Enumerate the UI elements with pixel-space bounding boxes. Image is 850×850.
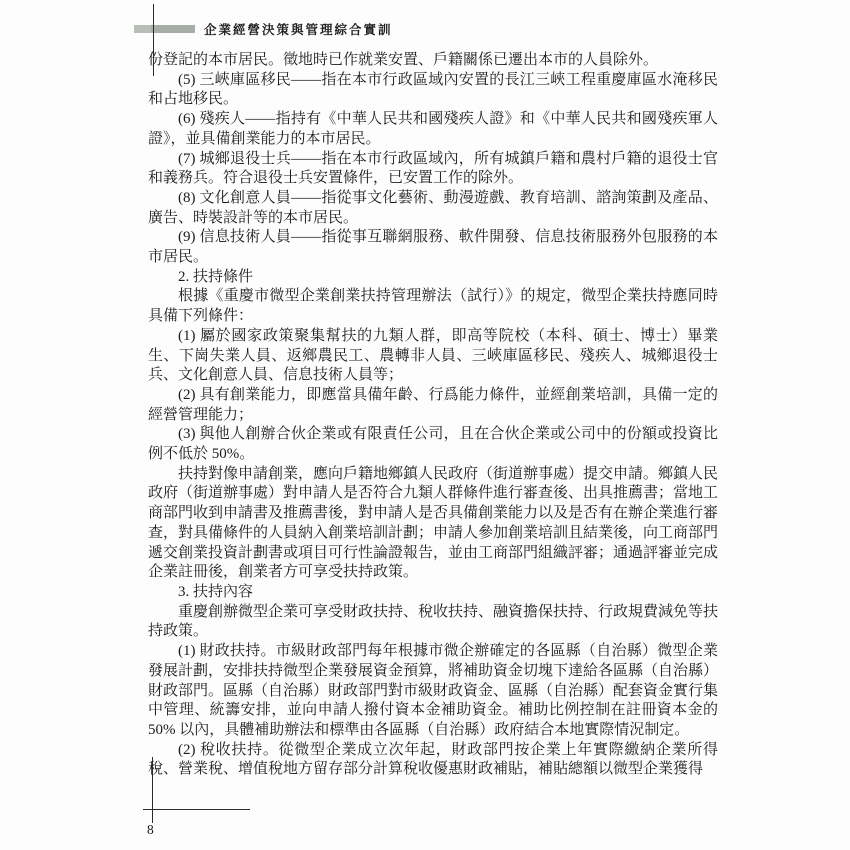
crop-mark-vertical-bottom bbox=[152, 757, 153, 823]
paragraph: (9) 信息技術人員——指從事互聯網服務、軟件開發、信息技術服務外包服務的本市居… bbox=[148, 228, 718, 267]
paragraph: 扶持對像申請創業，應向戶籍地鄉鎮人民政府（街道辦事處）提交申請。鄉鎮人民政府（街… bbox=[148, 465, 718, 583]
page-number: 8 bbox=[147, 822, 154, 838]
paragraph: (2) 稅收扶持。從微型企業成立次年起，財政部門按企業上年實際繳納企業所得稅、營… bbox=[148, 741, 718, 780]
paragraph: 份登記的本市居民。徵地時已作就業安置、戶籍關係已遷出本市的人員除外。 bbox=[148, 51, 718, 71]
paragraph: (8) 文化創意人員——指從事文化藝術、動漫遊戲、教育培訓、諮詢策劃及產品、廣告… bbox=[148, 189, 718, 228]
header-rule-bar-cap bbox=[134, 25, 151, 33]
paragraph: 2. 扶持條件 bbox=[148, 268, 718, 288]
paragraph: (7) 城鄉退役士兵——指在本市行政區域內，所有城鎮戶籍和農村戶籍的退役士官和義… bbox=[148, 150, 718, 189]
book-page: 企業經營決策與管理綜合實訓 份登記的本市居民。徵地時已作就業安置、戶籍關係已遷出… bbox=[0, 0, 850, 850]
paragraph: (6) 殘疾人——指持有《中華人民共和國殘疾人證》和《中華人民共和國殘疾軍人證》… bbox=[148, 110, 718, 149]
paragraph: 根據《重慶市微型企業創業扶持管理辦法（試行）》的規定，微型企業扶持應同時具備下列… bbox=[148, 287, 718, 326]
paragraph: (1) 屬於國家政策聚集幫扶的九類人群，即高等院校（本科、碩士、博士）畢業生、下… bbox=[148, 327, 718, 386]
page-body: 份登記的本市居民。徵地時已作就業安置、戶籍關係已遷出本市的人員除外。(5) 三峽… bbox=[148, 51, 718, 780]
paragraph: 重慶創辦微型企業可享受財政扶持、稅收扶持、融資擔保扶持、行政規費減免等扶持政策。 bbox=[148, 603, 718, 642]
paragraph: (2) 具有創業能力，即應當具備年齡、行爲能力條件，並經創業培訓，具備一定的經營… bbox=[148, 386, 718, 425]
paragraph: 3. 扶持內容 bbox=[148, 583, 718, 603]
paragraph: (1) 財政扶持。市級財政部門每年根據市微企辦確定的各區縣（自治縣）微型企業發展… bbox=[148, 642, 718, 741]
paragraph: (5) 三峽庫區移民——指在本市行政區域內安置的長江三峽工程重慶庫區水淹移民和占… bbox=[148, 71, 718, 110]
paragraph: (3) 與他人創辦合伙企業或有限責任公司，且在合伙企業或公司中的份額或投資比例不… bbox=[148, 425, 718, 464]
running-head-book-title: 企業經營決策與管理綜合實訓 bbox=[204, 20, 393, 38]
crop-mark-horizontal-bottom bbox=[143, 809, 250, 810]
